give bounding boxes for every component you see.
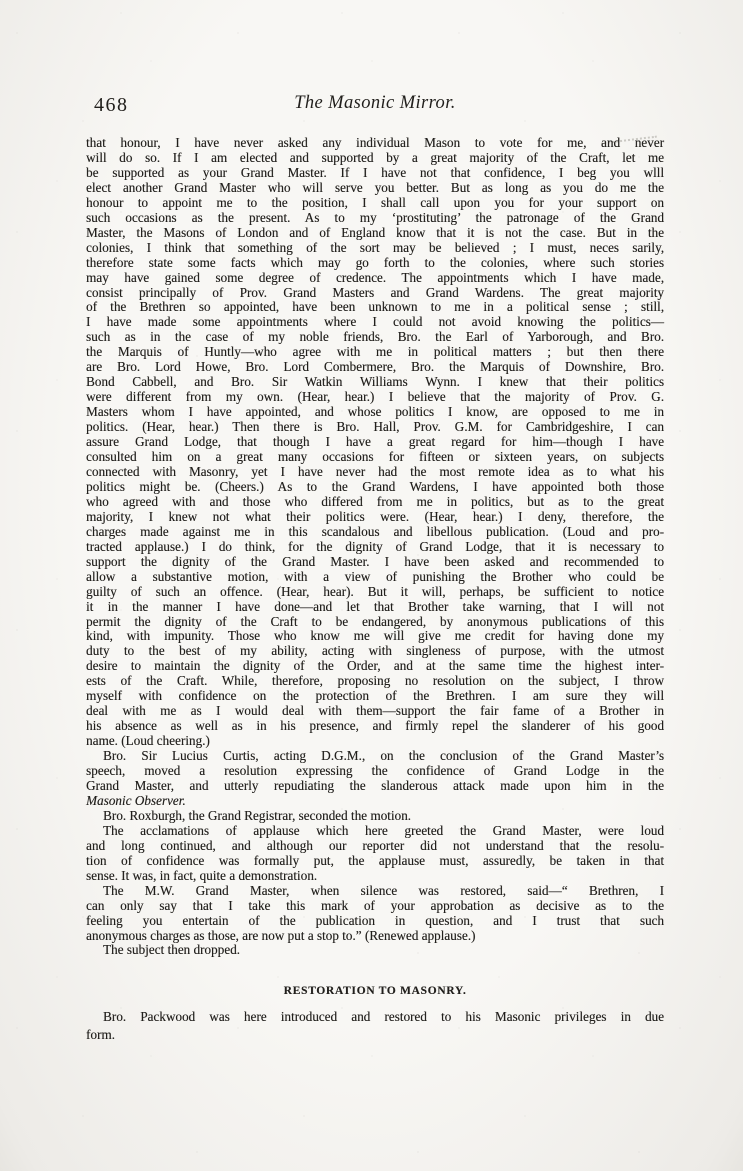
text-line: are Bro. Lord Howe, Bro. Lord Combermere…: [86, 360, 664, 375]
text-line: charges made against me in this scandalo…: [86, 525, 664, 540]
text-line: anonymous charges as those, are now put …: [86, 929, 664, 944]
text-line: sense. It was, in fact, quite a demonstr…: [86, 869, 664, 884]
text-line: majority, I knew not what their politics…: [86, 510, 664, 525]
text-line: may have gained some degree of credence.…: [86, 271, 664, 286]
text-line: The subject then dropped.: [86, 943, 664, 958]
text-line: duty to the best of my ability, acting w…: [86, 644, 664, 659]
text-line: desire to maintain the dignity of the Or…: [86, 659, 664, 674]
text-line: The M.W. Grand Master, when silence was …: [86, 884, 664, 899]
journal-title: The Masonic Mirror.: [86, 93, 664, 114]
text-line: name. (Loud cheering.): [86, 734, 664, 749]
text-line: honour to appoint me to the position, I …: [86, 196, 664, 211]
text-line: connected with Masonry, yet I have never…: [86, 465, 664, 480]
text-line: his absence as well as in his presence, …: [86, 719, 664, 734]
page-header: 468 The Masonic Mirror.: [86, 93, 664, 117]
text-line: permit the dignity of the Craft to be en…: [86, 615, 664, 630]
paragraph: Bro. Packwood was here introduced and re…: [86, 1008, 664, 1043]
text-line: who agreed with and those who differed f…: [86, 495, 664, 510]
text-line: tracted applause.) I do think, for the d…: [86, 540, 664, 555]
paragraph: Bro. Roxburgh, the Grand Registrar, seco…: [86, 809, 664, 824]
text-line: Master, the Masons of London and of Engl…: [86, 226, 664, 241]
text-line: Masonic Observer.: [86, 794, 664, 809]
text-line: will do so. If I am elected and supporte…: [86, 151, 664, 166]
text-line: and long continued, and although our rep…: [86, 839, 664, 854]
text-line: politics. (Hear, hear.) Then there is Br…: [86, 420, 664, 435]
text-line: form.: [86, 1026, 664, 1044]
text-line: Bro. Sir Lucius Curtis, acting D.G.M., o…: [86, 749, 664, 764]
scanned-page: 468 The Masonic Mirror. that honour, I h…: [0, 0, 743, 1171]
text-line: guilty of such an offence. (Hear, hear).…: [86, 585, 664, 600]
text-line: politics might be. (Cheers.) As to the G…: [86, 480, 664, 495]
text-line: that honour, I have never asked any indi…: [86, 136, 664, 151]
text-line: allow a substantive motion, with a view …: [86, 570, 664, 585]
text-line: elect another Grand Master who will serv…: [86, 181, 664, 196]
text-line: I have made some appointments where I co…: [86, 315, 664, 330]
paragraph: The subject then dropped.: [86, 943, 664, 958]
text-line: colonies, I think that something of the …: [86, 241, 664, 256]
text-line: Grand Master, and utterly repudiating th…: [86, 779, 664, 794]
text-line: Bro. Roxburgh, the Grand Registrar, seco…: [86, 809, 664, 824]
text-line: ests of the Craft. While, therefore, pro…: [86, 674, 664, 689]
text-line: such occasions as the present. As to my …: [86, 211, 664, 226]
text-line: were different from my own. (Hear, hear.…: [86, 390, 664, 405]
text-line: speech, moved a resolution expressing th…: [86, 764, 664, 779]
text-line: such as in the case of my noble friends,…: [86, 330, 664, 345]
text-line: deal with me as I would deal with them—s…: [86, 704, 664, 719]
paragraph: that honour, I have never asked any indi…: [86, 136, 664, 749]
text-line: can only say that I take this mark of yo…: [86, 899, 664, 914]
text-line: assure Grand Lodge, that though I have a…: [86, 435, 664, 450]
text-line: Bro. Packwood was here introduced and re…: [86, 1008, 664, 1026]
text-line: the Marquis of Huntly—who agree with me …: [86, 345, 664, 360]
text-line: of the Brethren so appointed, have been …: [86, 300, 664, 315]
text-line: consist principally of Prov. Grand Maste…: [86, 286, 664, 301]
article-body: that honour, I have never asked any indi…: [86, 136, 664, 1043]
text-line: kind, with impunity. Those who know me w…: [86, 629, 664, 644]
section-heading: RESTORATION TO MASONRY.: [86, 984, 664, 999]
text-line: support the dignity of the Grand Master.…: [86, 555, 664, 570]
text-line: feeling you entertain of the publication…: [86, 914, 664, 929]
text-line: be supported as your Grand Master. If I …: [86, 166, 664, 181]
paragraph: The M.W. Grand Master, when silence was …: [86, 884, 664, 944]
paragraph: Bro. Sir Lucius Curtis, acting D.G.M., o…: [86, 749, 664, 809]
page-number: 468: [94, 94, 129, 117]
text-line: it in the manner I have done—and let tha…: [86, 600, 664, 615]
text-line: consulted him on a great many occasions …: [86, 450, 664, 465]
text-line: tion of confidence was formally put, the…: [86, 854, 664, 869]
text-line: Bond Cabbell, and Bro. Sir Watkin Willia…: [86, 375, 664, 390]
text-line: myself with confidence on the protection…: [86, 689, 664, 704]
text-line: therefore state some facts which may go …: [86, 256, 664, 271]
paragraph: The acclamations of applause which here …: [86, 824, 664, 884]
text-line: Masters whom I have appointed, and whose…: [86, 405, 664, 420]
text-line: The acclamations of applause which here …: [86, 824, 664, 839]
